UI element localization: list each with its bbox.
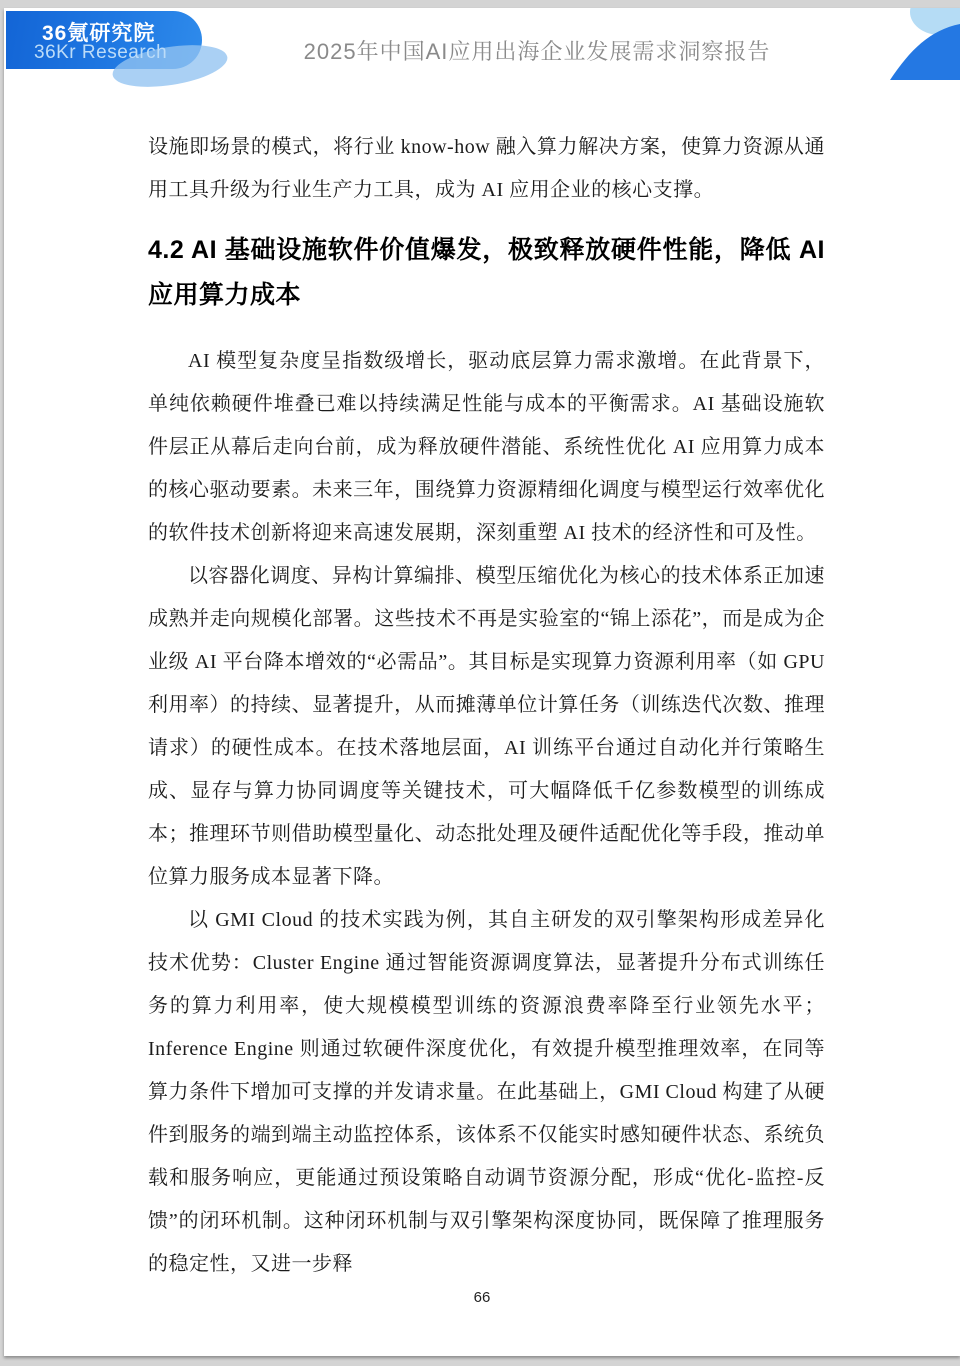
paragraph-gmi-cloud-case: 以 GMI Cloud 的技术实践为例，其自主研发的双引擎架构形成差异化技术优势… [148,899,825,1286]
section-heading: 4.2 AI 基础设施软件价值爆发，极致释放硬件性能，降低 AI 应用算力成本 [148,228,825,318]
document-page: 36氪研究院 36Kr Research 2025年中国AI应用出海企业发展需求… [4,8,960,1356]
page-number: 66 [4,1289,960,1306]
paragraph-continuation: 设施即场景的模式，将行业 know-how 融入算力解决方案，使算力资源从通用工… [148,126,825,212]
logo-36kr: 36氪研究院 36Kr Research [6,11,241,93]
page-content: 设施即场景的模式，将行业 know-how 融入算力解决方案，使算力资源从通用工… [4,100,960,1286]
header-corner-decoration [890,8,960,88]
paragraph-containerization-tech: 以容器化调度、异构计算编排、模型压缩优化为核心的技术体系正加速成熟并走向规模化部… [148,555,825,899]
logo-subtitle: 36Kr Research [34,42,167,64]
report-title: 2025年中国AI应用出海企业发展需求洞察报告 [244,35,830,66]
paragraph-ai-model-complexity: AI 模型复杂度呈指数级增长，驱动底层算力需求激增。在此背景下，单纯依赖硬件堆叠… [148,340,825,555]
page-header: 36氪研究院 36Kr Research 2025年中国AI应用出海企业发展需求… [4,8,960,100]
